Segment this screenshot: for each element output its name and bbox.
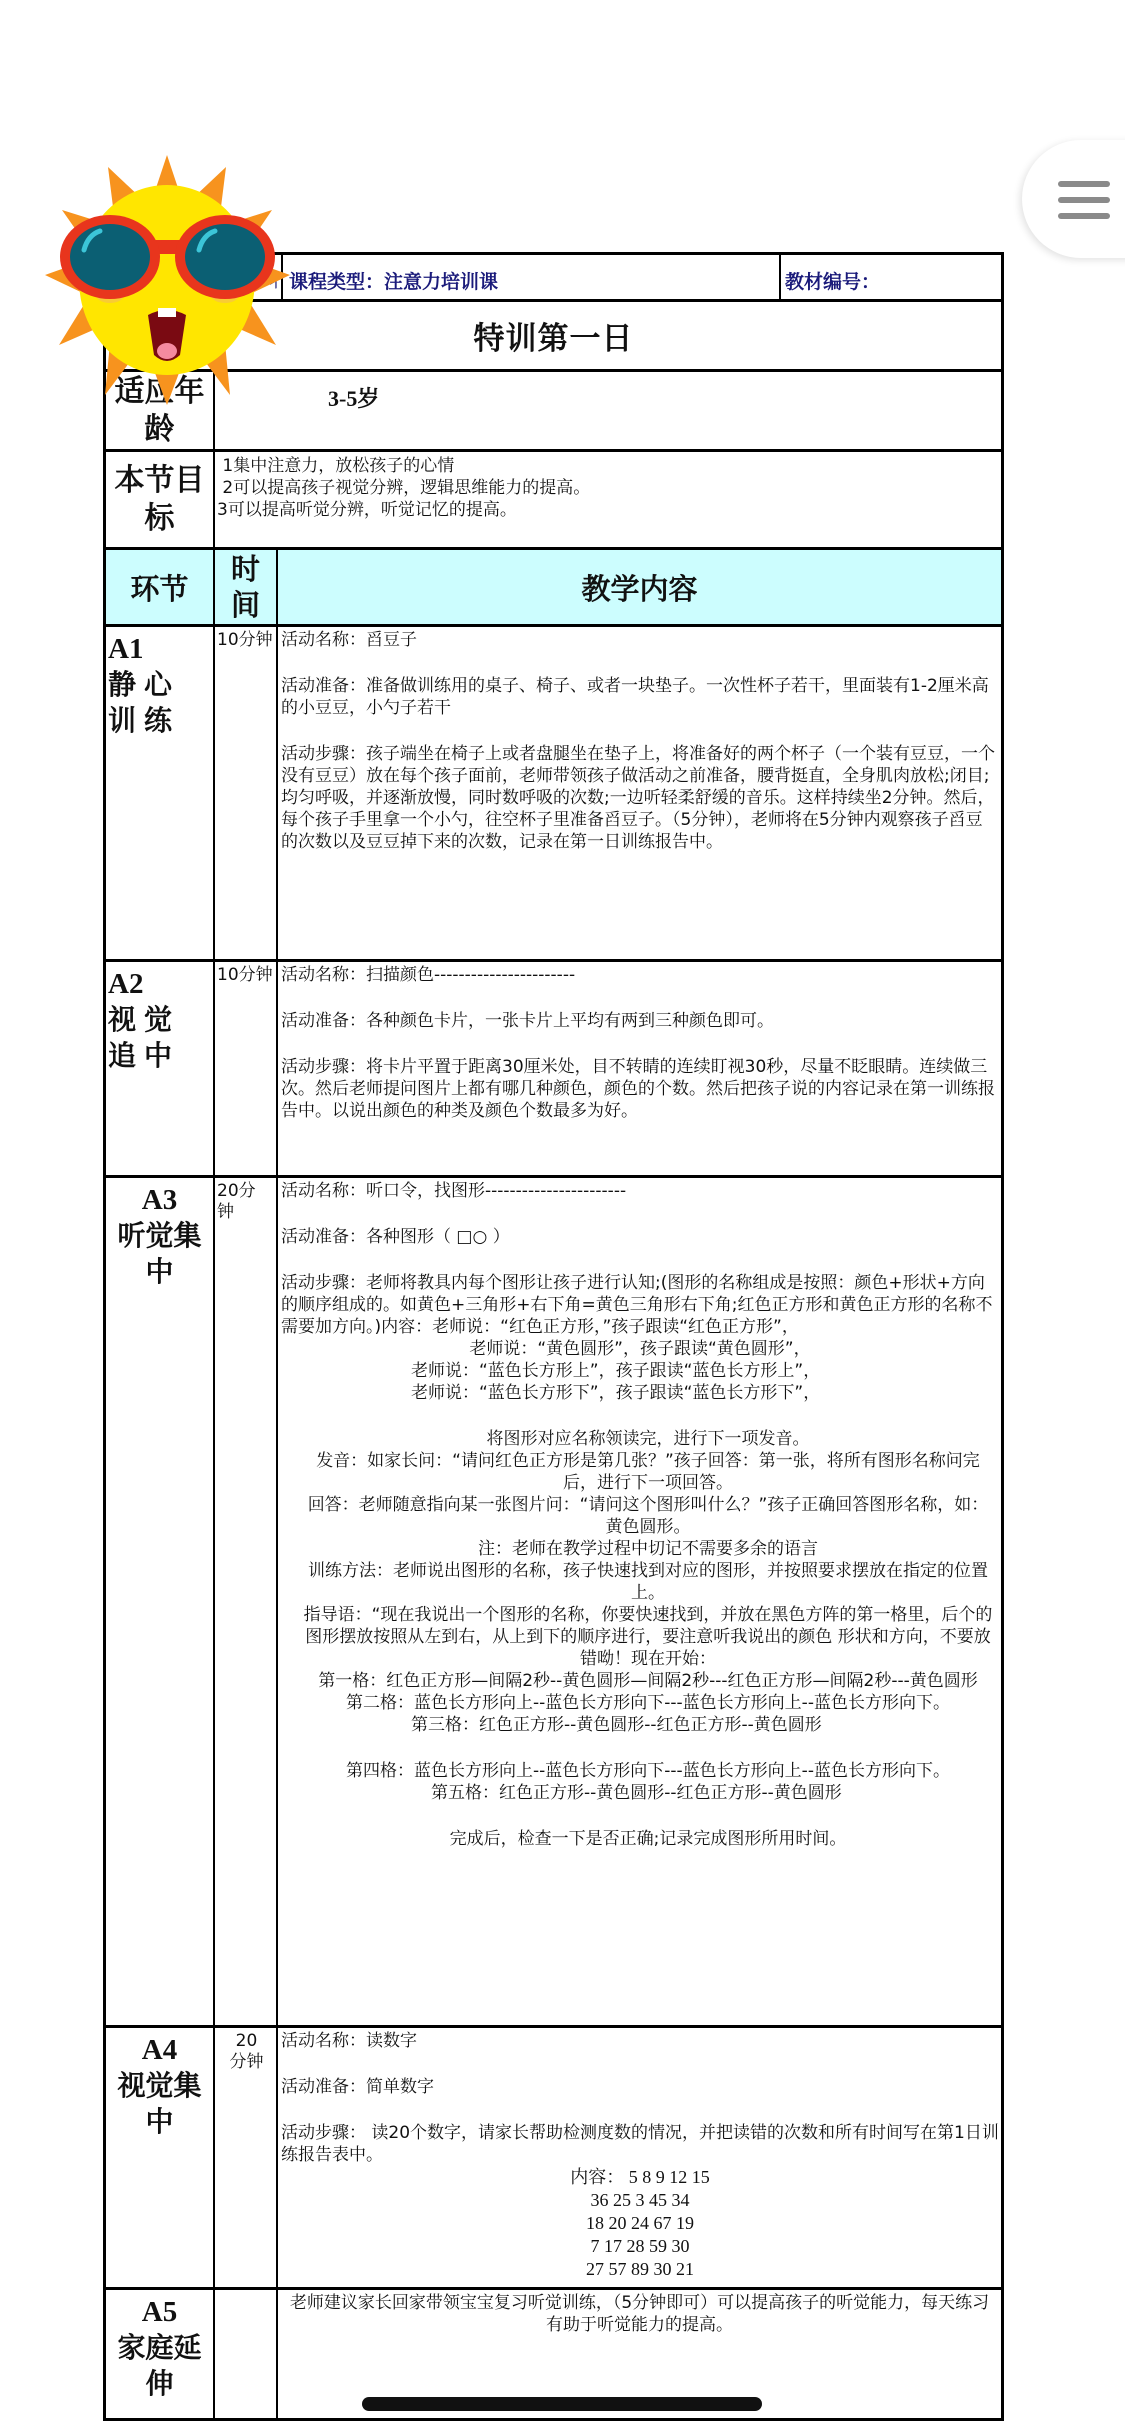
column-header-row: 环节 时间 教学内容 bbox=[103, 550, 1004, 627]
goals-list: 1集中注意力，放松孩子的心情 2可以提高孩子视觉分辨，逻辑思维能力的提高。3可以… bbox=[215, 452, 1001, 547]
section-time: 20分钟 bbox=[215, 1178, 278, 2025]
activity-name: 活动名称：听口令，找图形----------------------- bbox=[281, 1180, 999, 1202]
number-row: 18 20 24 67 19 bbox=[281, 2212, 999, 2235]
activity-preparation: 活动准备：简单数字 bbox=[281, 2076, 999, 2098]
col-content: 教学内容 bbox=[278, 550, 1001, 624]
goal-item: 2可以提高孩子视觉分辨，逻辑思维能力的提高。 bbox=[217, 477, 1001, 499]
activity-steps: 活动步骤：老师将教具内每个图形让孩子进行认知;(图形的名称组成是按照：颜色+形状… bbox=[281, 1272, 999, 1338]
section-a1: A1 静心训练 10分钟 活动名称：舀豆子 活动准备：准备做训练用的桌子、椅子、… bbox=[103, 627, 1004, 962]
dialog-line: 老师说：“蓝色长方形下”，孩子跟读“蓝色长方形下”， bbox=[411, 1382, 999, 1404]
goal-item: 1集中注意力，放松孩子的心情 bbox=[217, 455, 1001, 477]
instruction-line: 第一格：红色正方形—间隔2秒--黄色圆形—间隔2秒---红色正方形—间隔2秒--… bbox=[301, 1670, 995, 1692]
activity-steps: 活动步骤： 读20个数字，请家长帮助检测度数的情况，并把读错的次数和所有时间写在… bbox=[281, 2122, 999, 2166]
section-code: A3 bbox=[108, 1182, 211, 1218]
activity-name: 活动名称：舀豆子 bbox=[281, 629, 999, 651]
section-code: A2 bbox=[108, 966, 211, 1002]
section-a3: A3 听觉集中 20分钟 活动名称：听口令，找图形---------------… bbox=[103, 1178, 1004, 2028]
section-time bbox=[215, 2290, 278, 2418]
section-label: A4 视觉集中 bbox=[106, 2028, 215, 2287]
section-label: A1 静心训练 bbox=[106, 627, 215, 959]
section-name: 静心训练 bbox=[108, 668, 180, 737]
activity-preparation: 活动准备：各种图形（ □○ ） bbox=[281, 1226, 999, 1248]
instruction-line: 回答：老师随意指向某一张图片问：“请问这个图形叫什么？”孩子正确回答图形名称，如… bbox=[301, 1494, 995, 1538]
section-code: A1 bbox=[108, 631, 211, 667]
col-section: 环节 bbox=[106, 550, 215, 624]
sun-sunglasses-sticker-icon bbox=[40, 155, 295, 405]
section-content: 活动名称：扫描颜色----------------------- 活动准备：各种… bbox=[278, 962, 1001, 1175]
section-name: 视觉追中 bbox=[108, 1003, 180, 1072]
activity-name: 活动名称：扫描颜色----------------------- bbox=[281, 964, 999, 986]
section-label: A2 视觉追中 bbox=[106, 962, 215, 1175]
instruction-line: 注：老师在教学过程中切记不需要多余的语言 bbox=[301, 1538, 995, 1560]
lesson-plan-table: 叫 课程类型：注意力培训课 教材编号： 特训第一日 适应年龄 3-5岁 本节目标… bbox=[103, 252, 1004, 2421]
instruction-line: 第三格：红色正方形--黄色圆形--红色正方形--黄色圆形 bbox=[301, 1714, 995, 1736]
section-name: 听觉集中 bbox=[117, 1219, 201, 1288]
age-value: 3-5岁 bbox=[215, 372, 1001, 449]
goals-label: 本节目标 bbox=[106, 452, 215, 547]
activity-steps: 活动步骤：孩子端坐在椅子上或者盘腿坐在垫子上，将准备好的两个杯子（一个装有豆豆，… bbox=[281, 743, 999, 853]
section-a2: A2 视觉追中 10分钟 活动名称：扫描颜色------------------… bbox=[103, 962, 1004, 1178]
goals-row: 本节目标 1集中注意力，放松孩子的心情 2可以提高孩子视觉分辨，逻辑思维能力的提… bbox=[103, 452, 1004, 550]
section-time: 10分钟 bbox=[215, 627, 278, 959]
section-time: 20分钟 bbox=[215, 2028, 278, 2287]
page-title: 特训第一日 bbox=[474, 313, 634, 358]
section-name: 视觉集中 bbox=[117, 2069, 201, 2138]
home-indicator[interactable] bbox=[362, 2397, 762, 2411]
instruction-line: 训练方法：老师说出图形的名称，孩子快速找到对应的图形，并按照要求摆放在指定的位置… bbox=[301, 1560, 995, 1604]
instruction-line: 第四格：蓝色长方形向上--蓝色长方形向下---蓝色长方形向上--蓝色长方形向下。 bbox=[301, 1760, 995, 1782]
number-row: 27 57 89 30 21 bbox=[281, 2258, 999, 2281]
activity-name: 活动名称：读数字 bbox=[281, 2030, 999, 2052]
dialog-line: 老师说：“黄色圆形”，孩子跟读“黄色圆形”， bbox=[411, 1338, 999, 1360]
section-content: 活动名称：读数字 活动准备：简单数字 活动步骤： 读20个数字，请家长帮助检测度… bbox=[278, 2028, 1001, 2287]
section-time: 10分钟 bbox=[215, 962, 278, 1175]
course-type: 课程类型：注意力培训课 bbox=[283, 255, 781, 299]
dialog-line: 老师说：“蓝色长方形上”，孩子跟读“蓝色长方形上”， bbox=[411, 1360, 999, 1382]
activity-preparation: 活动准备：准备做训练用的桌子、椅子、或者一块垫子。一次性杯子若干，里面装有1-2… bbox=[281, 675, 999, 719]
instruction-line: 第二格：蓝色长方形向上--蓝色长方形向下---蓝色长方形向上--蓝色长方形向下。 bbox=[301, 1692, 995, 1714]
instruction-line: 将图形对应名称领读完，进行下一项发音。 bbox=[301, 1428, 995, 1450]
section-code: A5 bbox=[108, 2294, 211, 2330]
instruction-line: 指导语：“现在我说出一个图形的名称，你要快速找到，并放在黑色方阵的第一格里，后个… bbox=[301, 1604, 995, 1670]
section-label: A5 家庭延伸 bbox=[106, 2290, 215, 2418]
instruction-line: 发音：如家长问：“请问红色正方形是第几张？”孩子回答：第一张，将所有图形名称问完… bbox=[301, 1450, 995, 1494]
number-grid: 内容： 5 8 9 12 15 36 25 3 45 34 18 20 24 6… bbox=[281, 2166, 999, 2281]
number-row: 7 17 28 59 30 bbox=[281, 2235, 999, 2258]
number-row: 内容： 5 8 9 12 15 bbox=[281, 2166, 999, 2189]
section-content: 活动名称：听口令，找图形----------------------- 活动准备… bbox=[278, 1178, 1001, 2025]
section-name: 家庭延伸 bbox=[108, 2330, 211, 2402]
col-time: 时间 bbox=[215, 550, 278, 624]
section-code: A4 bbox=[108, 2032, 211, 2068]
section-label: A3 听觉集中 bbox=[106, 1178, 215, 2025]
closing-line: 完成后，检查一下是否正确;记录完成图形所用时间。 bbox=[301, 1828, 995, 1850]
activity-steps: 活动步骤：将卡片平置于距离30厘米处，目不转睛的连续盯视30秒，尽量不眨眼睛。连… bbox=[281, 1056, 999, 1122]
activity-preparation: 活动准备：各种颜色卡片，一张卡片上平均有两到三种颜色即可。 bbox=[281, 1010, 999, 1032]
section-a4: A4 视觉集中 20分钟 活动名称：读数字 活动准备：简单数字 活动步骤： 读2… bbox=[103, 2028, 1004, 2290]
menu-button[interactable] bbox=[1022, 140, 1125, 258]
section-content: 活动名称：舀豆子 活动准备：准备做训练用的桌子、椅子、或者一块垫子。一次性杯子若… bbox=[278, 627, 1001, 959]
material-number: 教材编号： bbox=[781, 255, 1001, 299]
goal-item: 3可以提高听觉分辨，听觉记忆的提高。 bbox=[217, 499, 1001, 521]
number-row: 36 25 3 45 34 bbox=[281, 2189, 999, 2212]
instruction-line: 第五格：红色正方形--黄色圆形--红色正方形--黄色圆形 bbox=[301, 1782, 995, 1804]
